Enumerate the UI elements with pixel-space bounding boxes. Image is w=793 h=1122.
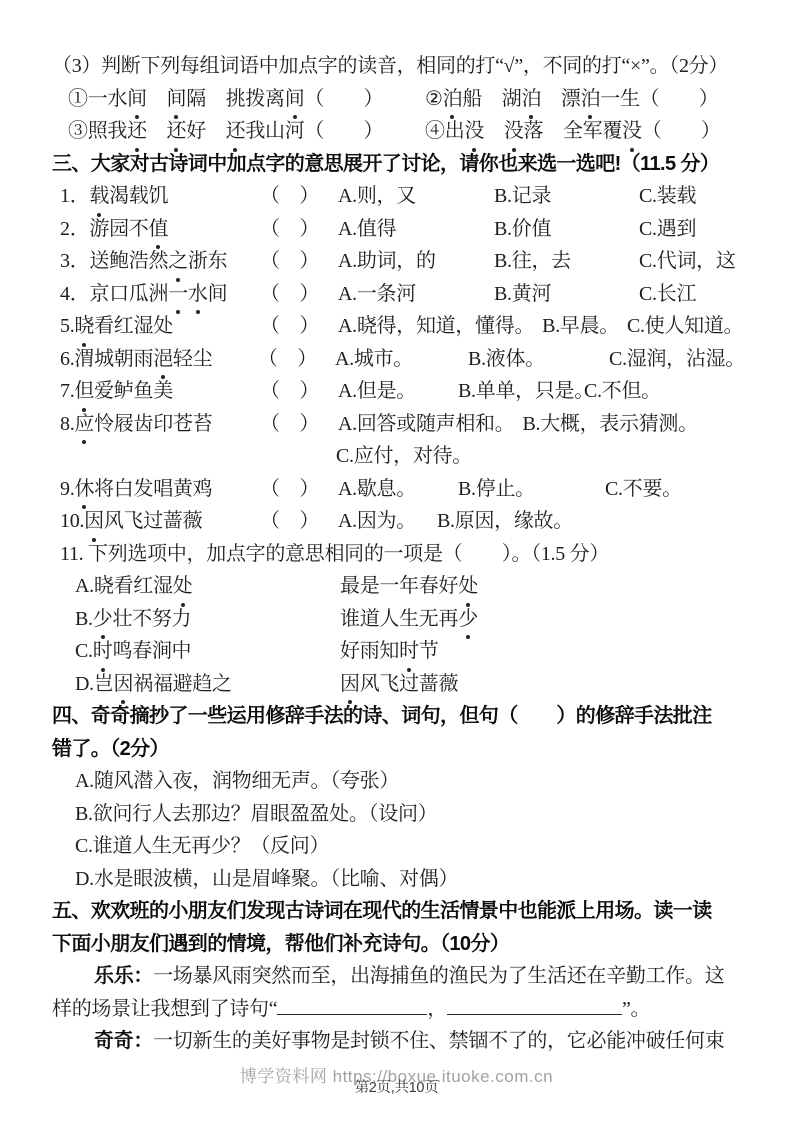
pair-right: 因风飞过蔷薇 xyxy=(340,668,458,701)
pair-left: A.晓看红湿处 xyxy=(75,570,340,603)
option-c: C.使人知道。 xyxy=(627,310,743,343)
q3-item-1[interactable]: ①一水间 间隔 挑拨离间（ ） xyxy=(68,83,425,116)
q3-item-2[interactable]: ②泊船 湖泊 漂泊一生（ ） xyxy=(425,83,718,116)
options: A.歇息。B.停止。C.不要。 xyxy=(338,473,745,506)
s4-option-c: C.谁道人生无再少？（反问） xyxy=(52,830,745,863)
option-b: B.往，去 xyxy=(494,245,639,278)
options: A.回答或随声相和。B.大概，表示猜测。 xyxy=(338,408,745,441)
answer-blank[interactable]: （ ） xyxy=(260,505,338,538)
option-a: A.一条河 xyxy=(338,278,494,311)
lele-line1: 乐乐：一场暴风雨突然而至，出海捕鱼的渔民为了生活还在辛勤工作。这 xyxy=(52,960,745,993)
s3-row-5: 5.晓看红湿处 （ ） A.晓得，知道，懂得。B.早晨。C.使人知道。 xyxy=(52,310,745,343)
s4-option-d: D.水是眼波横，山是眉峰聚。（比喻、对偶） xyxy=(52,863,745,896)
option-c: C.装载 xyxy=(639,180,696,213)
answer-blank[interactable]: （ ） xyxy=(260,310,338,343)
s3-row-1: 1．载渴载饥 （ ） A.则，又B.记录C.装载 xyxy=(52,180,745,213)
option-c: C.代词，这 xyxy=(639,245,736,278)
options: A.助词，的B.往，去C.代词，这 xyxy=(338,245,745,278)
pair-left: C.时鸣春涧中 xyxy=(75,635,340,668)
option-c: C.遇到 xyxy=(639,213,696,246)
s3-row-2: 2．游园不值 （ ） A.值得B.价值C.遇到 xyxy=(52,213,745,246)
answer-blank[interactable]: （ ） xyxy=(260,278,338,311)
option-a: A.因为。 xyxy=(338,505,437,538)
option-b: B.停止。 xyxy=(458,473,605,506)
q11-stem: 11. 下列选项中，加点字的意思相同的一项是（ ）。（1.5 分） xyxy=(52,538,745,571)
q3-items-line-1: ①一水间 间隔 挑拨离间（ ） ②泊船 湖泊 漂泊一生（ ） xyxy=(52,83,745,116)
fill-in-blank-2[interactable] xyxy=(447,994,622,1015)
q3-item-3[interactable]: ③照我还 还好 还我山河（ ） xyxy=(68,115,425,148)
comma: ， xyxy=(427,998,447,1020)
option-b: B.原因，缘故。 xyxy=(437,505,573,538)
question-phrase: 4．京口瓜洲一水间 xyxy=(60,278,260,311)
options: A.一条河B.黄河C.长江 xyxy=(338,278,745,311)
question-phrase: 7.但爱鲈鱼美 xyxy=(60,375,260,408)
option-a: A.歇息。 xyxy=(338,473,458,506)
question-phrase: 6.渭城朝雨浥轻尘 xyxy=(60,343,258,376)
options: A.城市。B.液体。C.湿润，沾湿。 xyxy=(335,343,745,376)
option-b: B.液体。 xyxy=(468,343,609,376)
qiqi-text: 一切新生的美好事物是封锁不住、禁锢不了的，它必能冲破任何束 xyxy=(153,1030,724,1052)
answer-blank[interactable]: （ ） xyxy=(260,375,338,408)
exam-paper-page: （3）判断下列每组词语中加点字的读音，相同的打“√”，不同的打“×”。（2分） … xyxy=(0,0,793,1122)
s4-option-a: A.随风潜入夜，润物细无声。（夸张） xyxy=(52,765,745,798)
option-b: B.单单，只是。 xyxy=(458,375,584,408)
section4-title-line1: 四、奇奇摘抄了一些运用修辞手法的诗、词句，但句（ ）的修辞手法批注 xyxy=(52,700,745,733)
question-phrase: 3．送鲍浩然之浙东 xyxy=(60,245,260,278)
option-c: C.长江 xyxy=(639,278,696,311)
question-phrase: 9.休将白发唱黄鸡 xyxy=(60,473,260,506)
answer-blank[interactable]: （ ） xyxy=(260,180,338,213)
lele-text: 一场暴风雨突然而至，出海捕鱼的渔民为了生活还在辛勤工作。这 xyxy=(153,965,724,987)
speaker-name-qiqi: 奇奇： xyxy=(94,1030,153,1052)
s4-option-b: B.欲问行人去那边？眉眼盈盈处。（设问） xyxy=(52,798,745,831)
answer-blank[interactable]: （ ） xyxy=(260,408,338,441)
qiqi-line1: 奇奇：一切新生的美好事物是封锁不住、禁锢不了的，它必能冲破任何束 xyxy=(52,1025,745,1058)
pair-left: D.岂因祸福避趋之 xyxy=(75,668,340,701)
answer-blank[interactable]: （ ） xyxy=(260,473,338,506)
q11-pair-d: D.岂因祸福避趋之 因风飞过蔷薇 xyxy=(52,668,745,701)
answer-blank[interactable]: （ ） xyxy=(258,343,335,376)
s3-row-6: 6.渭城朝雨浥轻尘 （ ） A.城市。B.液体。C.湿润，沾湿。 xyxy=(52,343,745,376)
s3-row-7: 7.但爱鲈鱼美 （ ） A.但是。B.单单，只是。C.不但。 xyxy=(52,375,745,408)
q11-pair-c: C.时鸣春涧中 好雨知时节 xyxy=(52,635,745,668)
pair-right: 好雨知时节 xyxy=(340,635,439,668)
q11-pair-a: A.晓看红湿处 最是一年春好处 xyxy=(52,570,745,603)
s3-row-3: 3．送鲍浩然之浙东 （ ） A.助词，的B.往，去C.代词，这 xyxy=(52,245,745,278)
option-a: A.但是。 xyxy=(338,375,458,408)
s3-row-4: 4．京口瓜洲一水间 （ ） A.一条河B.黄河C.长江 xyxy=(52,278,745,311)
section4-title-line2: 错了。（2分） xyxy=(52,733,745,766)
section3-title: 三、大家对古诗词中加点字的意思展开了讨论，请你也来选一选吧!（11.5 分） xyxy=(52,148,745,181)
option-b: B.价值 xyxy=(494,213,639,246)
question-phrase: 2．游园不值 xyxy=(60,213,260,246)
option-a: A.助词，的 xyxy=(338,245,494,278)
option-b: B.早晨。 xyxy=(542,310,619,343)
lele-text: 样的场景让我想到了诗句“ xyxy=(52,998,277,1020)
options: A.值得B.价值C.遇到 xyxy=(338,213,745,246)
option-a: A.城市。 xyxy=(335,343,468,376)
option-c: C.不但。 xyxy=(584,375,661,408)
page-number: 第2页,共10页 xyxy=(0,1076,793,1097)
question-phrase: 8.应怜屐齿印苍苔 xyxy=(60,408,260,441)
options: A.晓得，知道，懂得。B.早晨。C.使人知道。 xyxy=(338,310,745,343)
answer-blank[interactable]: （ ） xyxy=(260,245,338,278)
option-b: B.大概，表示猜测。 xyxy=(522,408,697,441)
options: A.则，又B.记录C.装载 xyxy=(338,180,745,213)
fill-in-blank-1[interactable] xyxy=(277,994,427,1015)
s3-row-10: 10.因风飞过蔷薇 （ ） A.因为。B.原因，缘故。 xyxy=(52,505,745,538)
s3-row-8: 8.应怜屐齿印苍苔 （ ） A.回答或随声相和。B.大概，表示猜测。 xyxy=(52,408,745,441)
s3-row-8-option-c: C.应付，对待。 xyxy=(52,440,745,473)
options: A.但是。B.单单，只是。C.不但。 xyxy=(338,375,745,408)
pair-right: 最是一年春好处 xyxy=(340,570,478,603)
option-c: C.湿润，沾湿。 xyxy=(609,343,745,376)
question-phrase: 10.因风飞过蔷薇 xyxy=(60,505,260,538)
option-c: C.不要。 xyxy=(605,473,682,506)
s3-row-9: 9.休将白发唱黄鸡 （ ） A.歇息。B.停止。C.不要。 xyxy=(52,473,745,506)
q3-item-4[interactable]: ④出没 没落 全军覆没（ ） xyxy=(425,115,721,148)
options: A.因为。B.原因，缘故。 xyxy=(338,505,745,538)
question-phrase: 1．载渴载饥 xyxy=(60,180,260,213)
option-a: A.晓得，知道，懂得。 xyxy=(338,310,534,343)
closing-quote: ”。 xyxy=(622,998,650,1020)
q3-items-line-2: ③照我还 还好 还我山河（ ） ④出没 没落 全军覆没（ ） xyxy=(52,115,745,148)
option-b: B.记录 xyxy=(494,180,639,213)
q11-pair-b: B.少壮不努力 谁道人生无再少 xyxy=(52,603,745,636)
lele-line2: 样的场景让我想到了诗句“，”。 xyxy=(52,993,745,1026)
q3-title: （3）判断下列每组词语中加点字的读音，相同的打“√”，不同的打“×”。（2分） xyxy=(52,50,745,83)
section5-title-line2: 下面小朋友们遇到的情境，帮他们补充诗句。（10分） xyxy=(52,928,745,961)
pair-left: B.少壮不努力 xyxy=(75,603,340,636)
speaker-name-lele: 乐乐： xyxy=(94,965,153,987)
answer-blank[interactable]: （ ） xyxy=(260,213,338,246)
option-b: B.黄河 xyxy=(494,278,639,311)
question-phrase: 5.晓看红湿处 xyxy=(60,310,260,343)
option-a: A.回答或随声相和。 xyxy=(338,408,514,441)
section5-title-line1: 五、欢欢班的小朋友们发现古诗词在现代的生活情景中也能派上用场。读一读 xyxy=(52,895,745,928)
option-a: A.值得 xyxy=(338,213,494,246)
pair-right: 谁道人生无再少 xyxy=(340,603,478,636)
exam-content: （3）判断下列每组词语中加点字的读音，相同的打“√”，不同的打“×”。（2分） … xyxy=(0,0,793,1058)
option-a: A.则，又 xyxy=(338,180,494,213)
